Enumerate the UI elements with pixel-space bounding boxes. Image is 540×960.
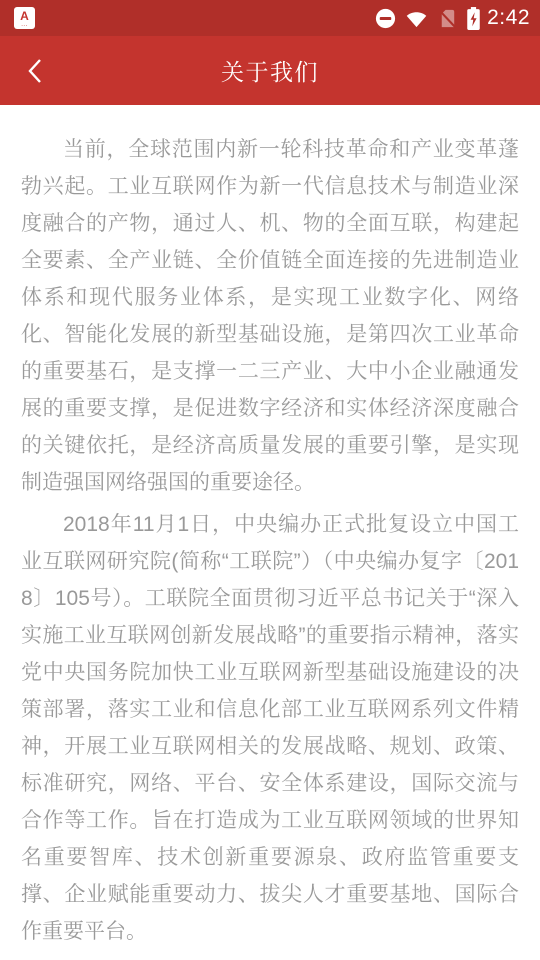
page-title: 关于我们 xyxy=(0,54,540,87)
no-sim-icon xyxy=(436,7,459,30)
battery-charging-icon xyxy=(466,6,481,31)
status-bar: A ... 2 xyxy=(0,0,540,36)
wifi-icon xyxy=(404,7,429,30)
app-badge-dots: ... xyxy=(21,22,28,28)
content-scroll[interactable]: 当前，全球范围内新一轮科技革命和产业变革蓬勃兴起。工业互联网作为新一代信息技术与… xyxy=(0,105,540,960)
back-button[interactable] xyxy=(10,36,62,105)
app-header: 关于我们 xyxy=(0,36,540,105)
about-paragraph-2: 2018年11月1日，中央编办正式批复设立中国工业互联网研究院(简称“工联院”）… xyxy=(21,506,519,950)
about-paragraph-1: 当前，全球范围内新一轮科技革命和产业变革蓬勃兴起。工业互联网作为新一代信息技术与… xyxy=(21,131,519,501)
do-not-disturb-icon xyxy=(374,7,397,30)
app-screen: A ... 2 xyxy=(0,0,540,960)
chevron-left-icon xyxy=(24,53,48,89)
app-notification-icon: A ... xyxy=(14,7,35,29)
status-bar-clock: 2:42 xyxy=(487,6,530,30)
app-badge-letter: A xyxy=(20,11,29,22)
